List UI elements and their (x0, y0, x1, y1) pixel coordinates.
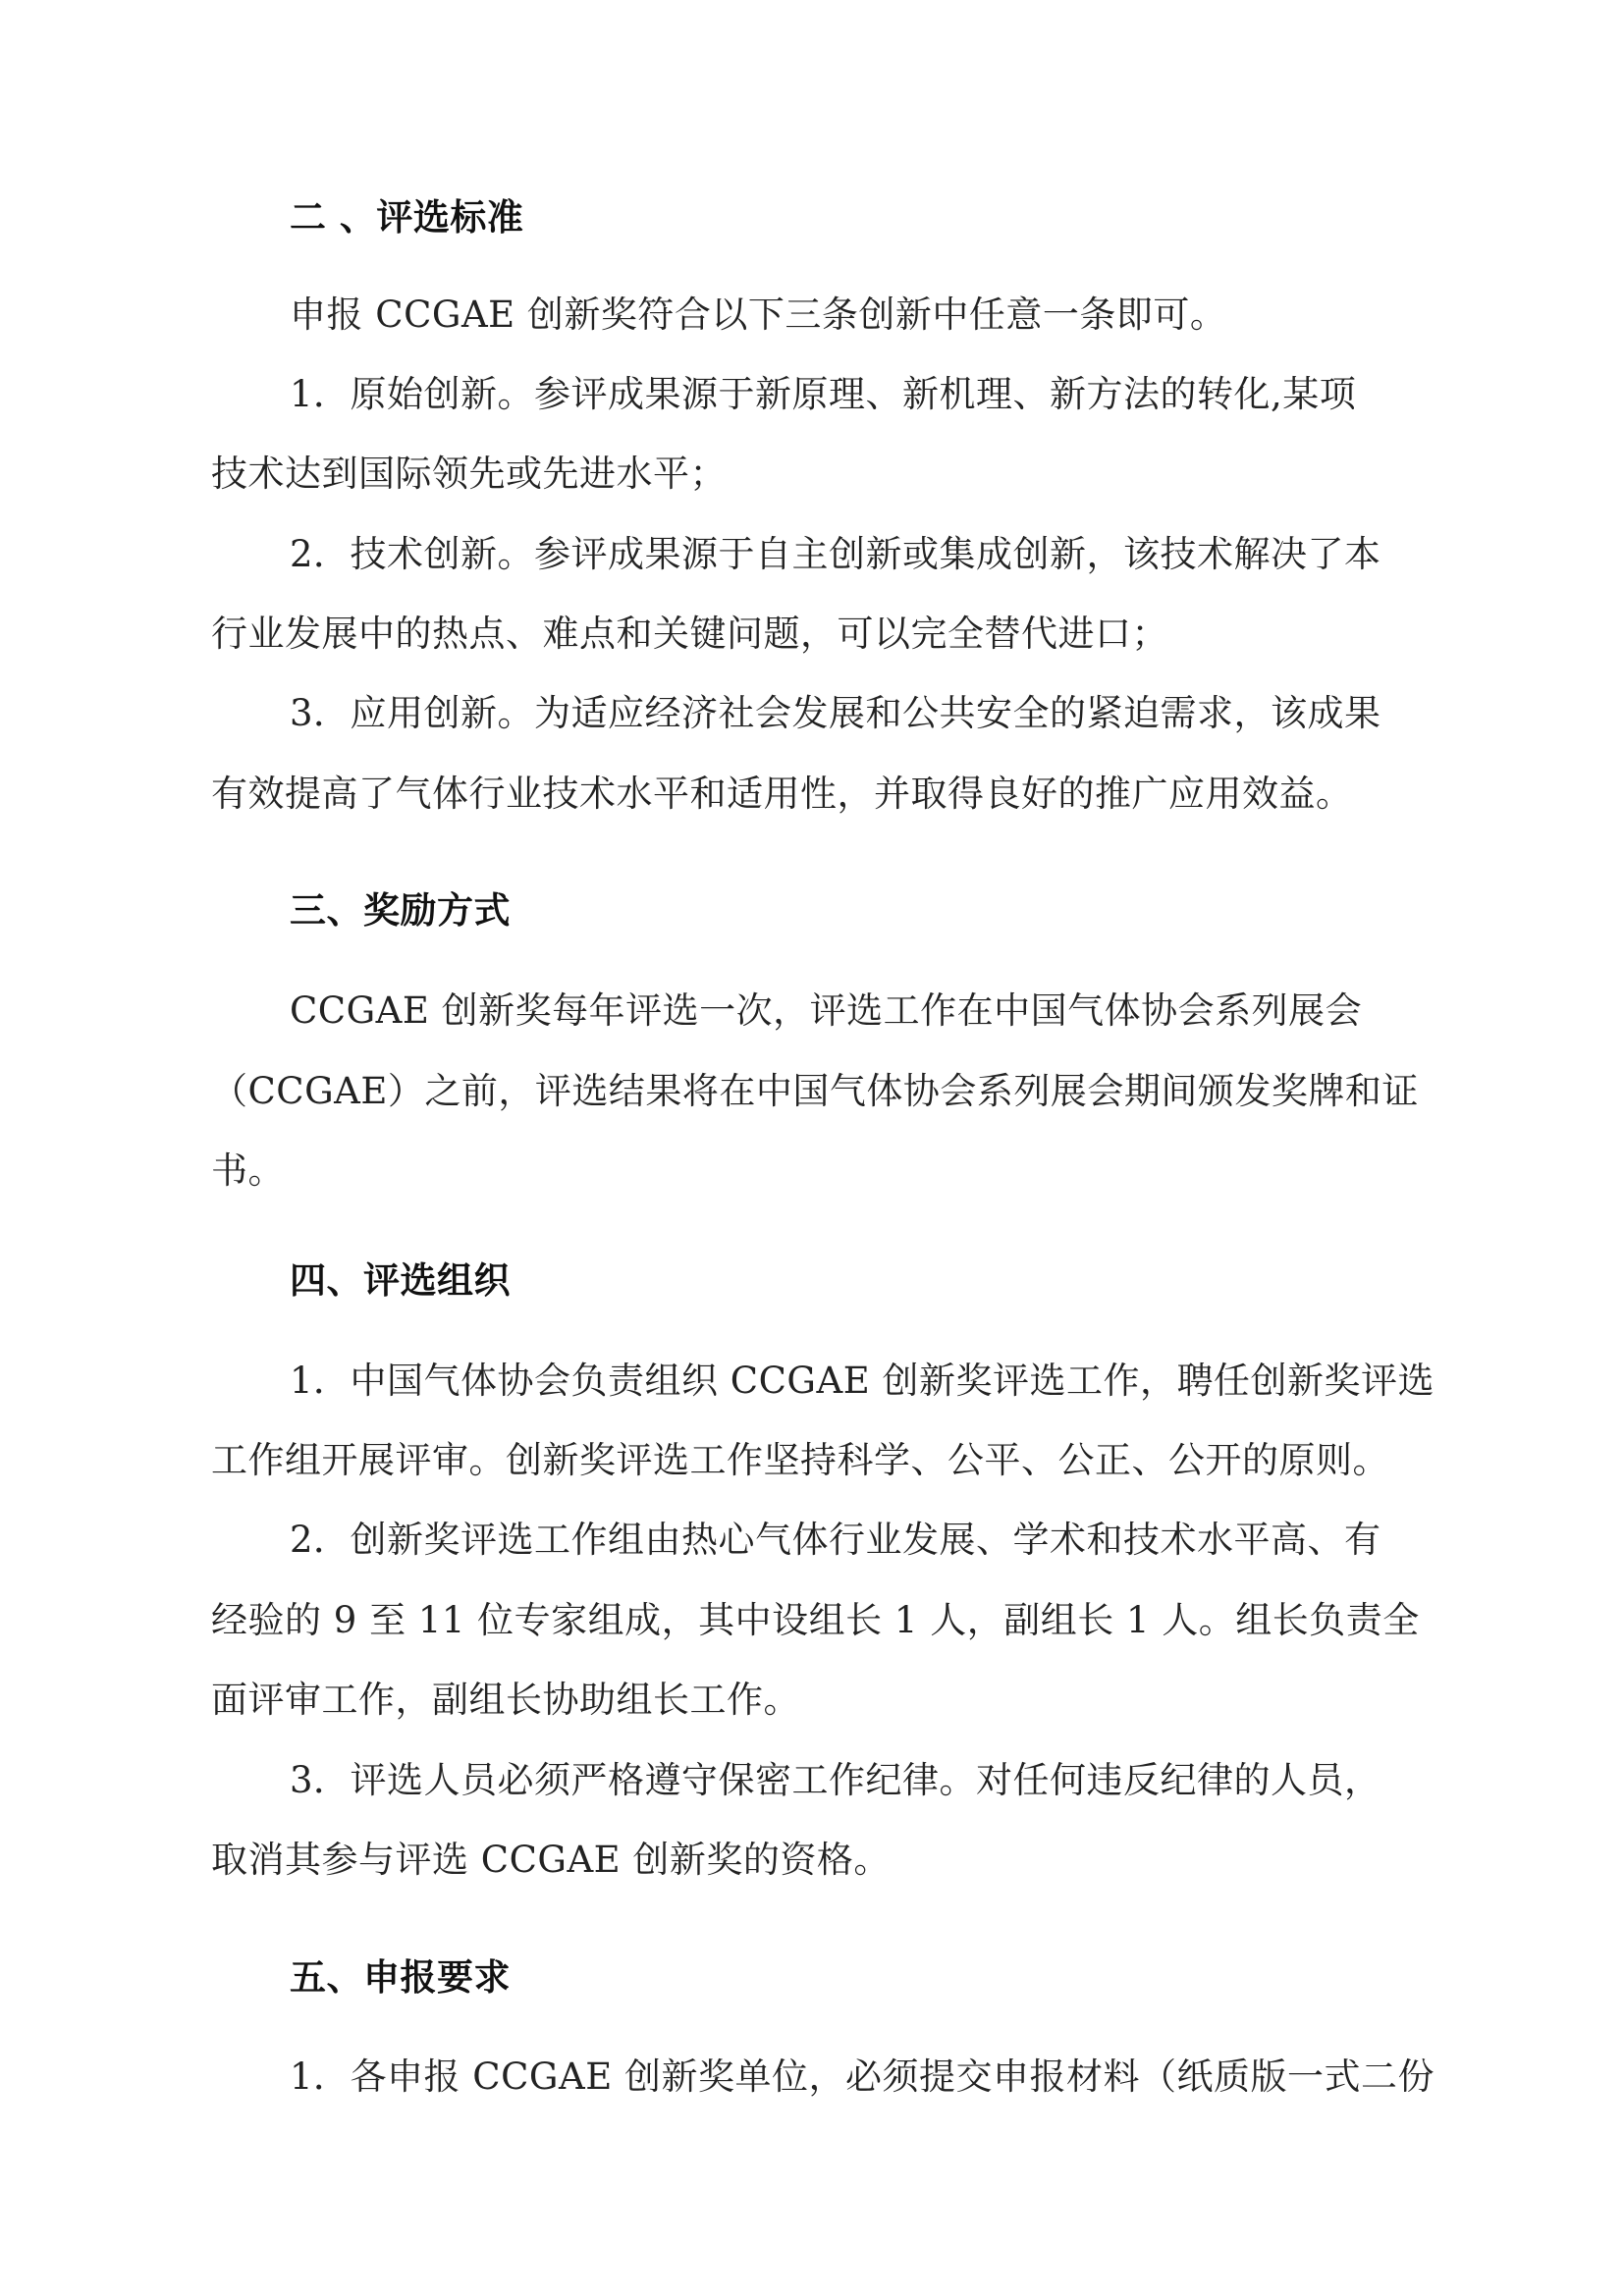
paragraph-line: 书。 (211, 1149, 285, 1193)
paragraph-line: CCGAE 创新奖每年评选一次，评选工作在中国气体协会系列展会 (290, 989, 1362, 1033)
paragraph-line: 行业发展中的热点、难点和关键问题，可以完全替代进口； (211, 613, 1168, 656)
section-heading-evaluation-criteria: 二 、评选标准 (290, 196, 523, 240)
document-page: 二 、评选标准 申报 CCGAE 创新奖符合以下三条创新中任意一条即可。 1．原… (0, 0, 1624, 2296)
section-heading-application-requirements: 五、申报要求 (290, 1956, 511, 2000)
paragraph-line: 1．各申报 CCGAE 创新奖单位，必须提交申报材料（纸质版一式二份 (290, 2056, 1435, 2099)
paragraph-line: 有效提高了气体行业技术水平和适用性，并取得良好的推广应用效益。 (211, 773, 1353, 816)
paragraph-line: 经验的 9 至 11 位专家组成，其中设组长 1 人，副组长 1 人。组长负责全 (211, 1599, 1420, 1642)
paragraph-line: 3．应用创新。为适应经济社会发展和公共安全的紧迫需求，该成果 (290, 692, 1381, 735)
paragraph-line: 1．原始创新。参评成果源于新原理、新机理、新方法的转化,某项 (290, 373, 1356, 416)
section-heading-evaluation-organization: 四、评选组织 (290, 1259, 511, 1303)
paragraph-line: 取消其参与评选 CCGAE 创新奖的资格。 (211, 1839, 891, 1882)
paragraph-line: （CCGAE）之前，评选结果将在中国气体协会系列展会期间颁发奖牌和证 (211, 1070, 1419, 1113)
paragraph-line: 2．创新奖评选工作组由热心气体行业发展、学术和技术水平高、有 (290, 1519, 1381, 1562)
paragraph-line: 技术达到国际领先或先进水平； (211, 453, 727, 496)
paragraph-line: 1．中国气体协会负责组织 CCGAE 创新奖评选工作，聘任创新奖评选 (290, 1360, 1435, 1403)
paragraph-line: 工作组开展评审。创新奖评选工作坚持科学、公平、公正、公开的原则。 (211, 1439, 1389, 1482)
paragraph-line: 3．评选人员必须严格遵守保密工作纪律。对任何违反纪律的人员， (290, 1759, 1381, 1802)
paragraph-line: 申报 CCGAE 创新奖符合以下三条创新中任意一条即可。 (290, 294, 1226, 337)
section-heading-reward-method: 三、奖励方式 (290, 889, 511, 933)
paragraph-line: 面评审工作，副组长协助组长工作。 (211, 1679, 800, 1722)
paragraph-line: 2．技术创新。参评成果源于自主创新或集成创新，该技术解决了本 (290, 533, 1381, 576)
